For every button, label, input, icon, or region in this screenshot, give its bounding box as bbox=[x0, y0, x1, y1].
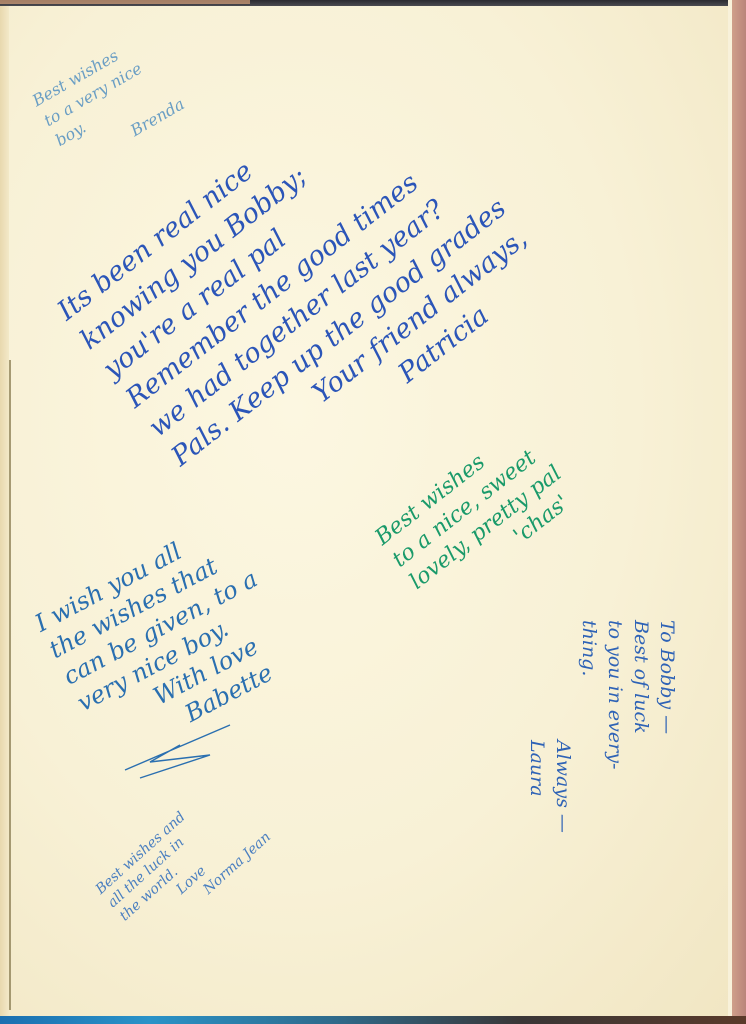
entry-line: Best of luck bbox=[628, 620, 654, 833]
entry-signature: Laura bbox=[524, 620, 550, 833]
book-top-tint bbox=[0, 0, 250, 4]
entry-closing: Always — bbox=[550, 620, 576, 833]
gutter-line bbox=[9, 360, 11, 1010]
entry-line: To Bobby — bbox=[654, 620, 680, 833]
book-cover-edge bbox=[732, 0, 746, 1024]
book-bottom-edge bbox=[0, 1016, 746, 1024]
page-gutter bbox=[0, 6, 9, 1016]
entry-line: thing. bbox=[576, 620, 602, 833]
signature-flourish-icon bbox=[120, 700, 240, 780]
entry-laura: To Bobby — Best of luck to you in every-… bbox=[524, 620, 680, 833]
entry-line: to you in every- bbox=[602, 620, 628, 833]
